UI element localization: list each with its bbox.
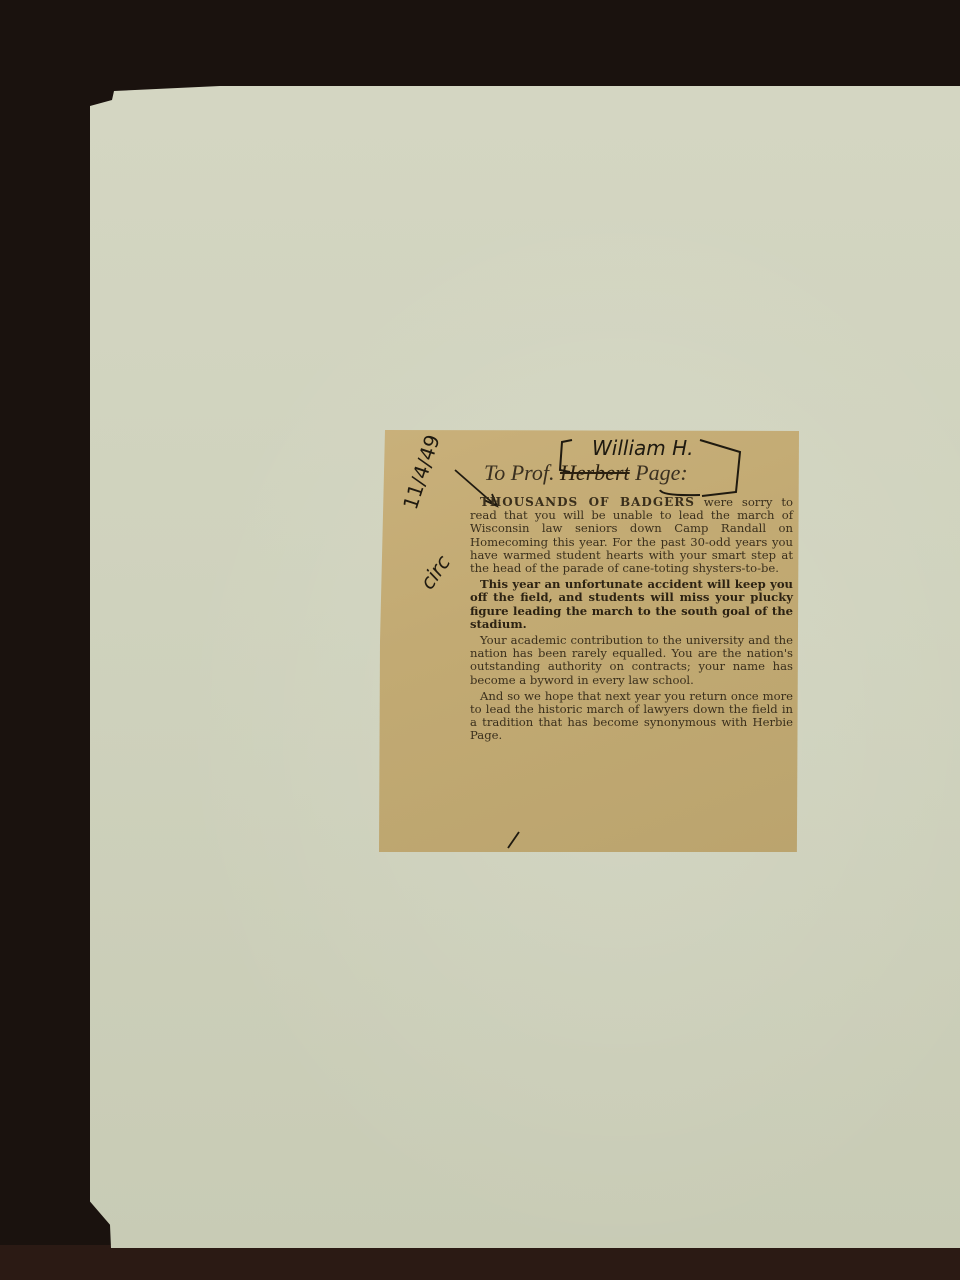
paragraph-1: THOUSANDS OF BADGERS were sorry to read …: [470, 496, 793, 575]
lead-in-caps: THOUSANDS OF BADGERS: [480, 495, 695, 509]
paragraph-4: And so we hope that next year you return…: [470, 690, 793, 743]
paragraph-3: Your academic contribution to the univer…: [470, 634, 793, 687]
paragraph-2: This year an unfortunate accident will k…: [470, 578, 793, 631]
clipping-body: THOUSANDS OF BADGERS were sorry to read …: [470, 496, 793, 746]
